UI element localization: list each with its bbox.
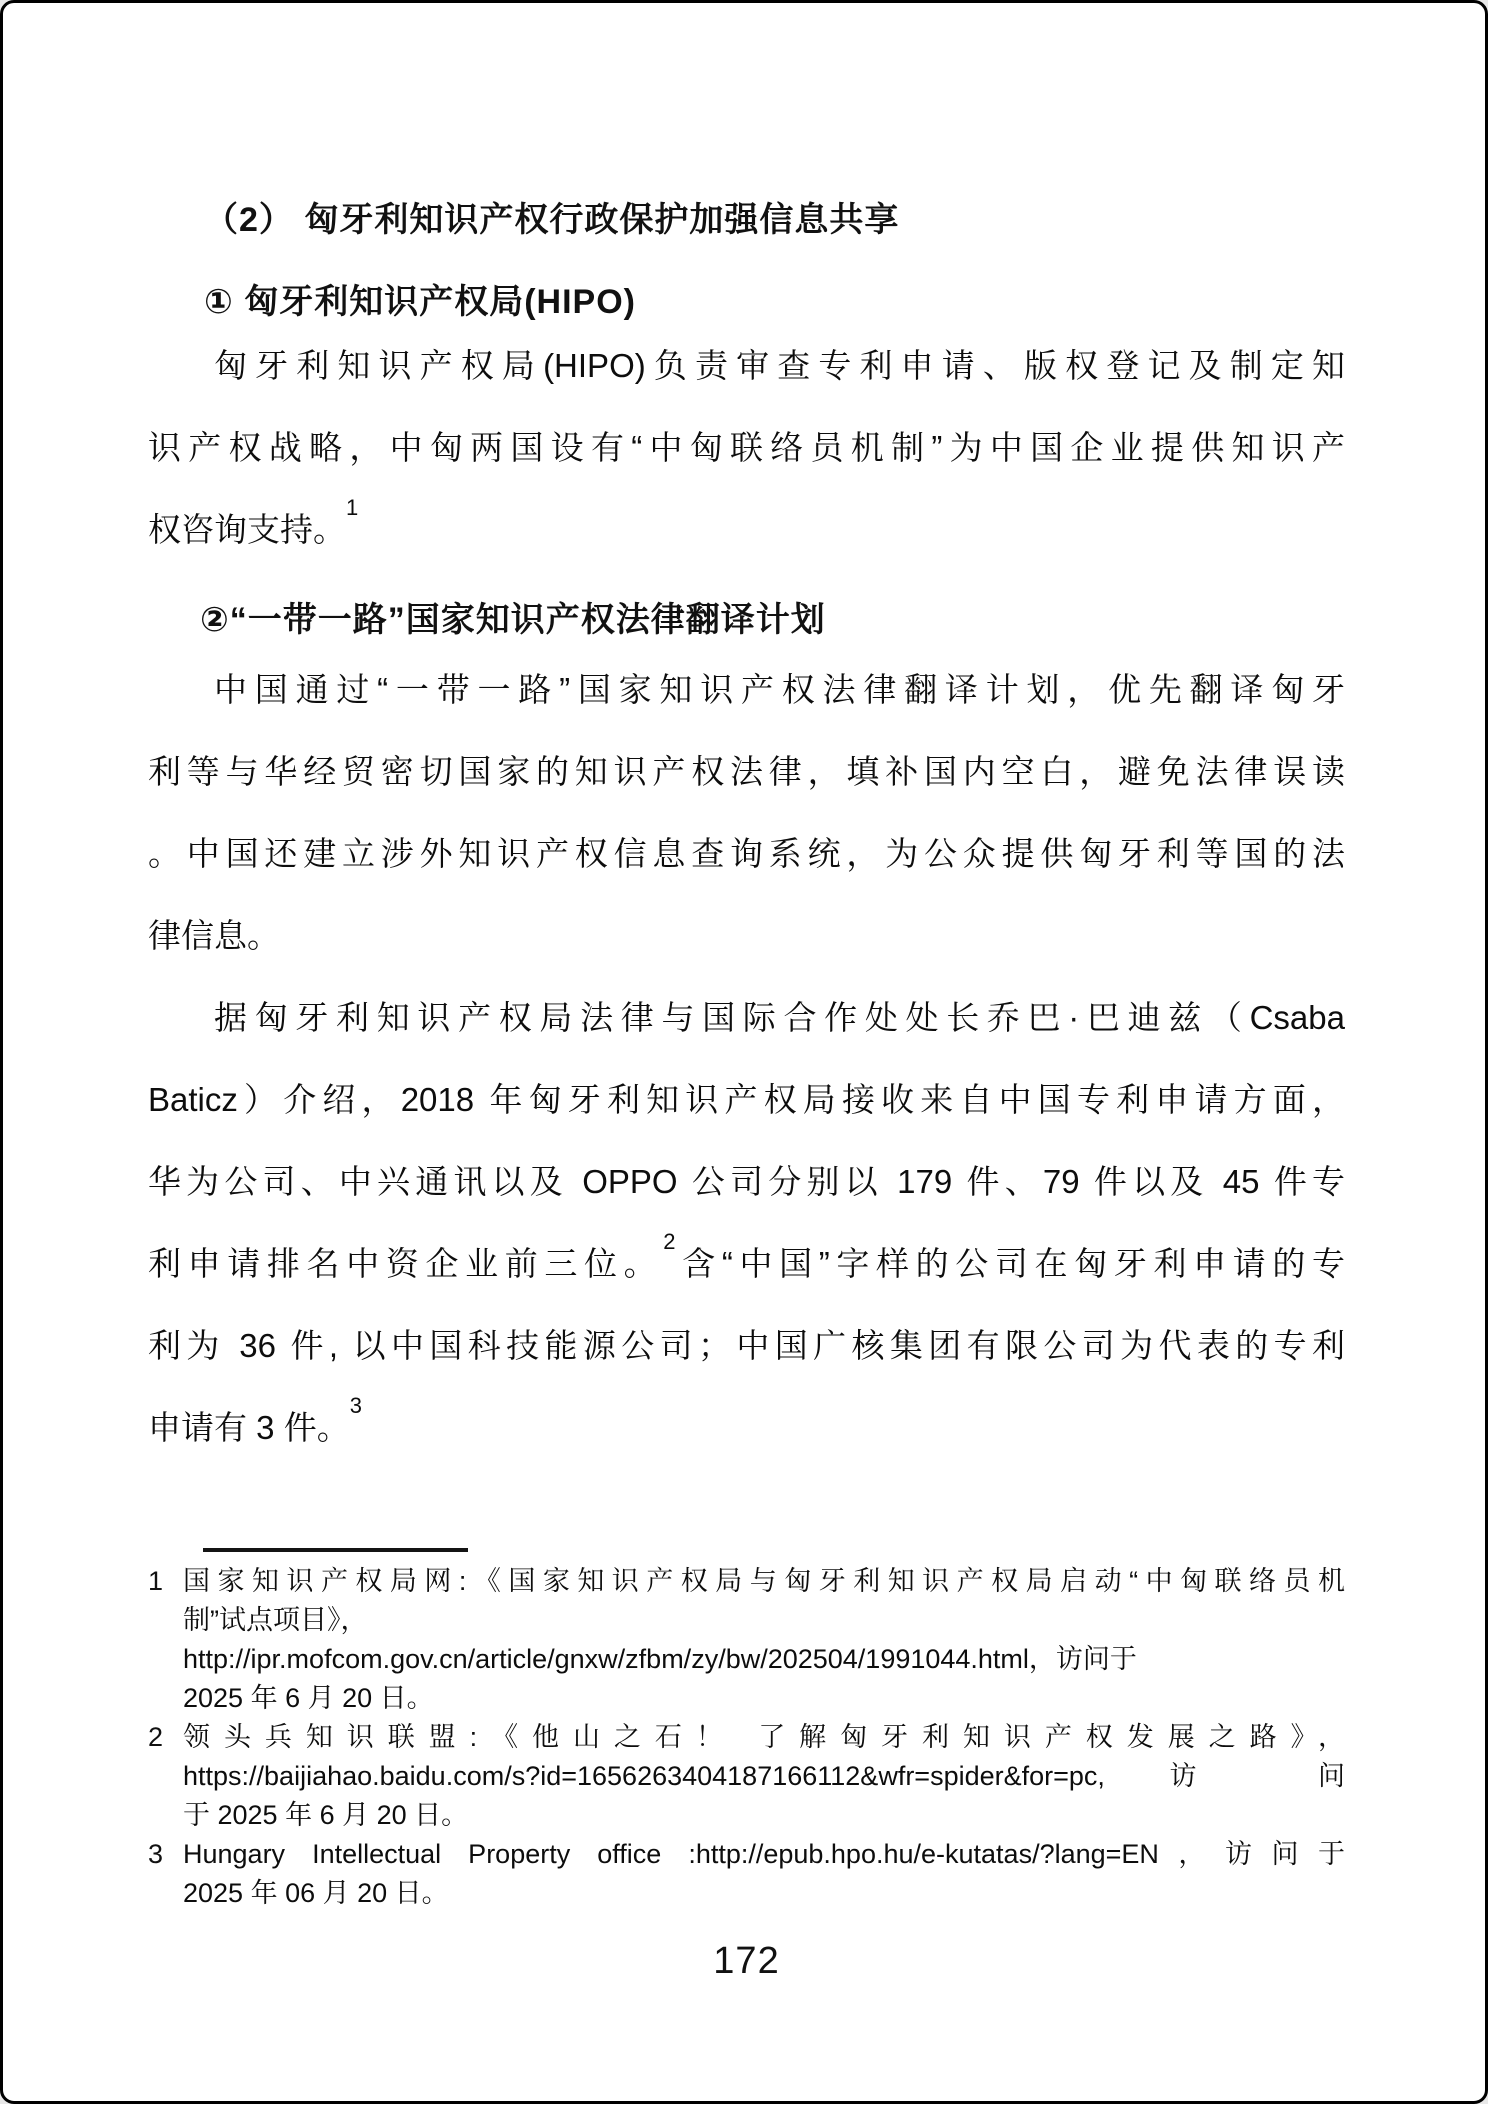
paragraph-3-line-6: 申请有 3 件。3: [148, 1387, 1345, 1469]
paragraph-3-line-6-text: 申请有 3 件。: [148, 1409, 350, 1446]
footnote-ref-2: 2: [663, 1229, 675, 1254]
footnote-ref-3: 3: [350, 1393, 362, 1418]
footnote-3-marker: 3: [148, 1835, 163, 1874]
footnote-1-line-1: 国家知识产权局网:《国家知识产权局与匈牙利知识产权局启动“中匈联络员机: [183, 1562, 1345, 1601]
footnote-ref-1: 1: [346, 495, 358, 520]
paragraph-2-line-4: 律信息。: [148, 895, 1345, 977]
footnote-3: 3 Hungary Intellectual Property office :…: [148, 1835, 1345, 1913]
document-page: （2） 匈牙利知识产权行政保护加强信息共享 ① 匈牙利知识产权局(HIPO) 匈…: [0, 0, 1488, 2104]
paragraph-3-line-4-text-a: 利申请排名中资企业前三位。: [148, 1245, 663, 1282]
footnote-2: 2 领头兵知识联盟:《他山之石！ 了解匈牙利知识产权发展之路》， https:/…: [148, 1718, 1345, 1835]
footnote-1-line-3: http://ipr.mofcom.gov.cn/article/gnxw/zf…: [183, 1640, 1345, 1679]
footnote-1-marker: 1: [148, 1562, 163, 1601]
paragraph-3-line-5: 利为 36 件, 以中国科技能源公司；中国广核集团有限公司为代表的专利: [148, 1305, 1345, 1387]
footnote-2-line-3: 于 2025 年 6 月 20 日。: [183, 1796, 1345, 1835]
paragraph-3-line-3: 华为公司、中兴通讯以及 OPPO 公司分别以 179 件、79 件以及 45 件…: [148, 1141, 1345, 1223]
paragraph-2-line-2: 利等与华经贸密切国家的知识产权法律，填补国内空白，避免法律误读: [148, 731, 1345, 813]
paragraph-2-line-3: 。中国还建立涉外知识产权信息查询系统，为公众提供匈牙利等国的法: [148, 813, 1345, 895]
paragraph-3: 据匈牙利知识产权局法律与国际合作处处长乔巴·巴迪兹（Csaba Baticz）介…: [148, 977, 1345, 1469]
paragraph-2-line-1: 中国通过“一带一路”国家知识产权法律翻译计划，优先翻译匈牙: [148, 649, 1345, 731]
footnote-2-marker: 2: [148, 1718, 163, 1757]
footnote-2-line-2: https://baijiahao.baidu.com/s?id=1656263…: [183, 1757, 1345, 1796]
paragraph-3-line-4-text-b: 含“中国”字样的公司在匈牙利申请的专: [676, 1245, 1345, 1282]
footnotes-section: 1 国家知识产权局网:《国家知识产权局与匈牙利知识产权局启动“中匈联络员机 制”…: [148, 1562, 1345, 1913]
paragraph-3-line-2: Baticz）介绍，2018 年匈牙利知识产权局接收来自中国专利申请方面，: [148, 1059, 1345, 1141]
footnote-1-line-2: 制”试点项目》，: [183, 1601, 1345, 1640]
page-number: 172: [148, 1936, 1345, 1986]
paragraph-3-line-4: 利申请排名中资企业前三位。2含“中国”字样的公司在匈牙利申请的专: [148, 1223, 1345, 1305]
paragraph-3-line-1: 据匈牙利知识产权局法律与国际合作处处长乔巴·巴迪兹（Csaba: [148, 977, 1345, 1059]
paragraph-1-line-3-text: 权咨询支持。: [148, 511, 346, 548]
section-heading: （2） 匈牙利知识产权行政保护加强信息共享: [148, 179, 1345, 261]
paragraph-1-line-3: 权咨询支持。1: [148, 489, 1345, 571]
paragraph-1-line-1: 匈牙利知识产权局(HIPO)负责审查专利申请、版权登记及制定知: [148, 325, 1345, 407]
footnote-1-line-4: 2025 年 6 月 20 日。: [183, 1679, 1345, 1718]
paragraph-2: 中国通过“一带一路”国家知识产权法律翻译计划，优先翻译匈牙 利等与华经贸密切国家…: [148, 649, 1345, 977]
footnote-2-line-1: 领头兵知识联盟:《他山之石！ 了解匈牙利知识产权发展之路》，: [183, 1718, 1345, 1757]
footnote-3-line-2: 2025 年 06 月 20 日。: [183, 1874, 1345, 1913]
paragraph-1-line-2: 识产权战略，中匈两国设有“中匈联络员机制”为中国企业提供知识产: [148, 407, 1345, 489]
footnote-3-line-1: Hungary Intellectual Property office :ht…: [183, 1835, 1345, 1874]
footnote-separator: [203, 1548, 468, 1552]
paragraph-1: 匈牙利知识产权局(HIPO)负责审查专利申请、版权登记及制定知 识产权战略，中匈…: [148, 325, 1345, 571]
footnote-1: 1 国家知识产权局网:《国家知识产权局与匈牙利知识产权局启动“中匈联络员机 制”…: [148, 1562, 1345, 1718]
